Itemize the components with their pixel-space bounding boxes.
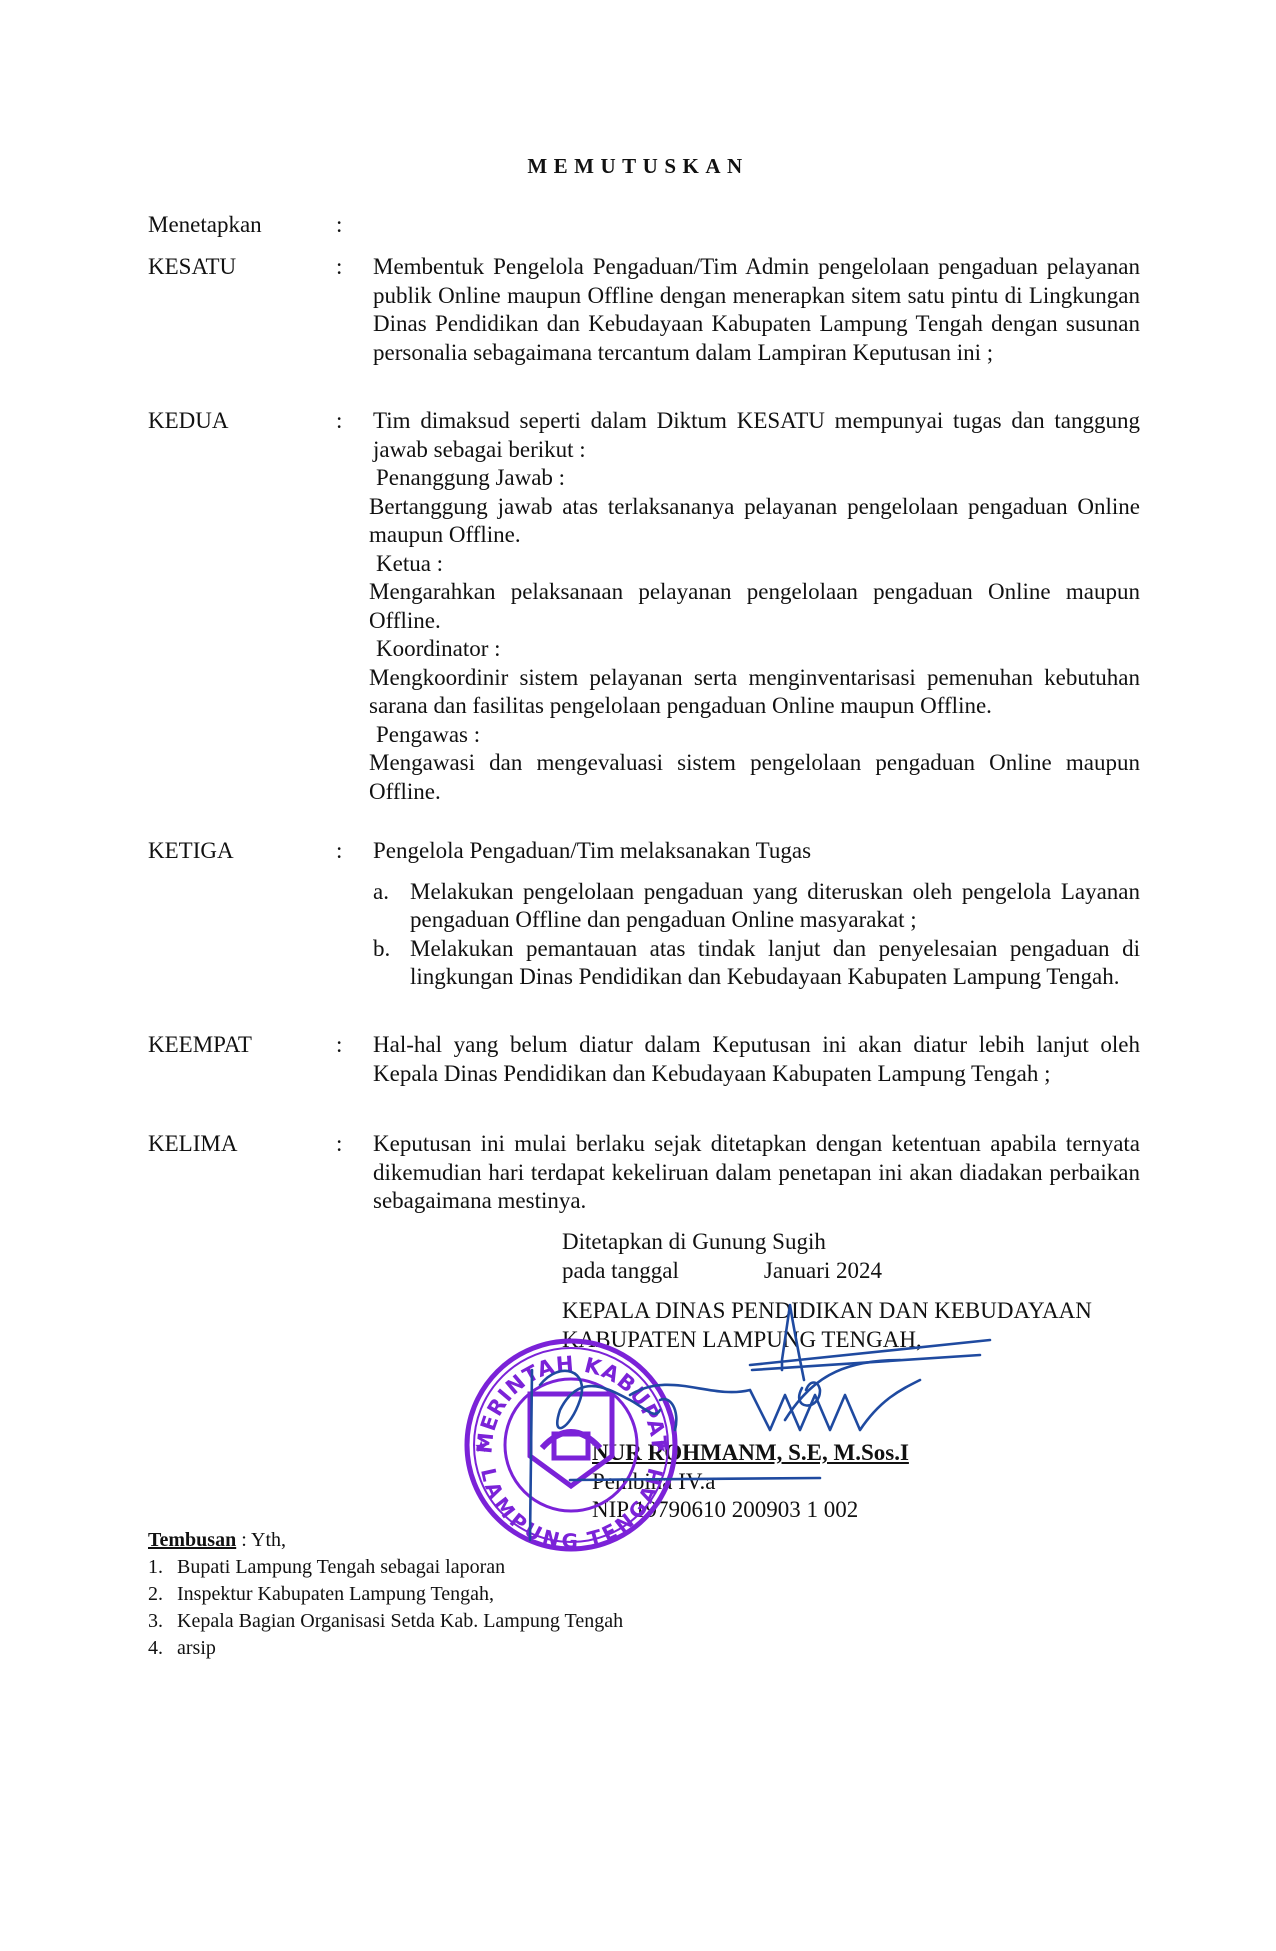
section-text: Pengelola Pengaduan/Tim melaksanakan Tug… bbox=[373, 837, 1140, 866]
place-of-decree: Ditetapkan di Gunung Sugih bbox=[562, 1228, 1092, 1257]
copies-section: Tembusan : Yth, 1.Bupati Lampung Tengah … bbox=[148, 1527, 623, 1662]
task-list: a. Melakukan pengelolaan pengaduan yang … bbox=[373, 878, 1140, 992]
section-colon: : bbox=[336, 211, 342, 240]
section-text: Membentuk Pengelola Pengaduan/Tim Admin … bbox=[373, 253, 1140, 367]
task-text: Melakukan pemantauan atas tindak lanjut … bbox=[410, 936, 1140, 990]
task-text: Melakukan pengelolaan pengaduan yang dit… bbox=[410, 879, 1140, 933]
role-desc: Mengkoordinir sistem pelayanan serta men… bbox=[369, 664, 1140, 721]
section-colon: : bbox=[336, 1031, 342, 1060]
copy-recipient: 1.Bupati Lampung Tengah sebagai laporan bbox=[148, 1554, 623, 1581]
section-body-ketiga: Pengelola Pengaduan/Tim melaksanakan Tug… bbox=[373, 837, 1140, 992]
section-label-ketiga: KETIGA bbox=[148, 837, 234, 866]
section-text: Keputusan ini mulai berlaku sejak diteta… bbox=[373, 1130, 1140, 1216]
date-label: pada tanggal bbox=[562, 1258, 679, 1283]
task-marker: b. bbox=[373, 935, 390, 964]
section-body-kesatu: Membentuk Pengelola Pengaduan/Tim Admin … bbox=[373, 253, 1140, 367]
section-colon: : bbox=[336, 407, 342, 436]
handwritten-signature-icon bbox=[520, 1300, 1000, 1560]
section-label-menetapkan: Menetapkan bbox=[148, 211, 262, 240]
decree-title: MEMUTUSKAN bbox=[0, 154, 1276, 179]
section-colon: : bbox=[336, 253, 342, 282]
copies-heading: Tembusan : Yth, bbox=[148, 1527, 623, 1554]
section-label-keempat: KEEMPAT bbox=[148, 1031, 252, 1060]
section-label-kedua: KEDUA bbox=[148, 407, 229, 436]
copy-recipient: 2.Inspektur Kabupaten Lampung Tengah, bbox=[148, 1581, 623, 1608]
copies-list: 1.Bupati Lampung Tengah sebagai laporan … bbox=[148, 1554, 623, 1662]
role-title-koordinator: Koordinator : bbox=[373, 635, 1140, 664]
section-text: Tim dimaksud seperti dalam Diktum KESATU… bbox=[373, 407, 1140, 464]
date-value: Januari 2024 bbox=[764, 1258, 882, 1283]
section-body-kedua: Tim dimaksud seperti dalam Diktum KESATU… bbox=[373, 407, 1140, 806]
role-title-ketua: Ketua : bbox=[373, 550, 1140, 579]
task-item: a. Melakukan pengelolaan pengaduan yang … bbox=[373, 878, 1140, 935]
section-label-kelima: KELIMA bbox=[148, 1130, 237, 1159]
section-colon: : bbox=[336, 837, 342, 866]
role-title-penanggung-jawab: Penanggung Jawab : bbox=[373, 464, 1140, 493]
role-desc: Mengawasi dan mengevaluasi sistem pengel… bbox=[369, 749, 1140, 806]
copy-recipient: 3.Kepala Bagian Organisasi Setda Kab. La… bbox=[148, 1608, 623, 1635]
role-desc: Mengarahkan pelaksanaan pelayanan pengel… bbox=[369, 578, 1140, 635]
document-page: MEMUTUSKAN Menetapkan : KESATU : Membent… bbox=[0, 0, 1276, 1951]
section-label-kesatu: KESATU bbox=[148, 253, 236, 282]
decree-date: pada tanggalJanuari 2024 bbox=[562, 1257, 1092, 1286]
copy-recipient: 4.arsip bbox=[148, 1635, 623, 1662]
role-desc: Bertanggung jawab atas terlaksananya pel… bbox=[369, 493, 1140, 550]
task-item: b. Melakukan pemantauan atas tindak lanj… bbox=[373, 935, 1140, 992]
svg-text:★: ★ bbox=[474, 1437, 488, 1456]
section-text: Hal-hal yang belum diatur dalam Keputusa… bbox=[373, 1031, 1140, 1088]
section-colon: : bbox=[336, 1130, 342, 1159]
task-marker: a. bbox=[373, 878, 389, 907]
section-body-kelima: Keputusan ini mulai berlaku sejak diteta… bbox=[373, 1130, 1140, 1216]
section-body-keempat: Hal-hal yang belum diatur dalam Keputusa… bbox=[373, 1031, 1140, 1088]
role-title-pengawas: Pengawas : bbox=[373, 721, 1140, 750]
